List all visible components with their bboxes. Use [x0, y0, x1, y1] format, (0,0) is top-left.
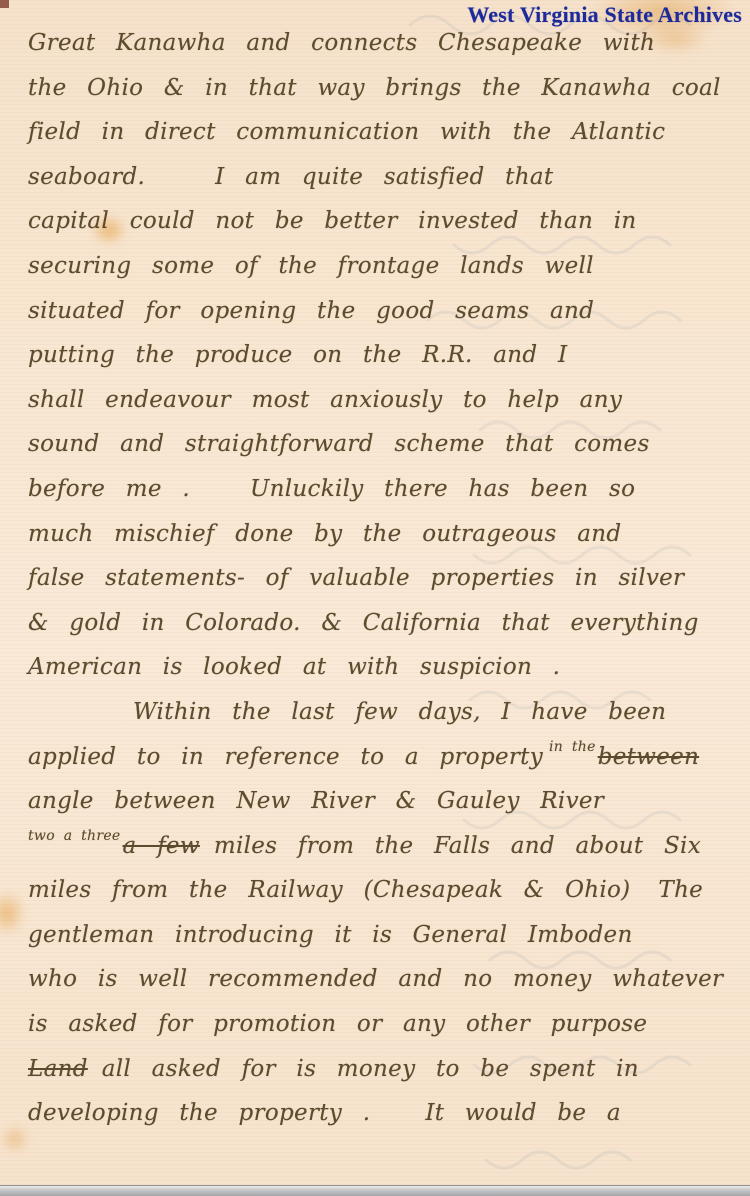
handwriting-line: is asked for promotion or any other purp… [28, 1011, 732, 1056]
scan-edge [0, 1185, 750, 1196]
handwriting-text: It would be a [425, 1100, 621, 1126]
struck-word: Land [28, 1056, 88, 1082]
handwriting-line: American is looked at with suspicion . [28, 654, 732, 699]
handwriting-line: securing some of the frontage lands well [28, 253, 732, 298]
handwriting-text: much mischief done by the outrageous and [28, 521, 621, 547]
handwriting-line: & gold in Colorado. & California that ev… [28, 610, 732, 655]
handwriting-text: is asked for promotion or any other purp… [28, 1011, 647, 1037]
handwriting-text: sound and straightforward scheme that co… [28, 431, 650, 457]
handwriting-line: field in direct communication with the A… [28, 119, 732, 164]
handwriting-line: developing the property .It would be a [28, 1100, 732, 1145]
handwriting-line: much mischief done by the outrageous and [28, 521, 732, 566]
handwriting-text: Great Kanawha and connects Chesapeake wi… [28, 30, 655, 56]
handwriting-text: I am quite satisfied that [215, 164, 553, 190]
struck-word: between [598, 744, 699, 770]
handwriting-line: Landall asked for is money to be spent i… [28, 1056, 732, 1101]
handwriting-line: situated for opening the good seams and [28, 298, 732, 343]
handwriting-text: Within the last few days, I have been [133, 699, 666, 725]
corner-speck [0, 0, 9, 8]
handwriting-line: gentleman introducing it is General Imbo… [28, 922, 732, 967]
handwriting-text: miles from the Falls and about Six [214, 833, 701, 859]
handwriting-text: American is looked at with suspicion . [28, 654, 560, 680]
inserted-word: in the [549, 739, 596, 755]
handwriting-line: false statements- of valuable properties… [28, 565, 732, 610]
handwriting-text: The [658, 877, 703, 903]
handwriting-text: angle between New River & Gauley River [28, 788, 604, 814]
handwriting-text: Unluckily there has been so [250, 476, 635, 502]
handwriting-line: miles from the Railway (Chesapeak & Ohio… [28, 877, 732, 922]
handwriting-line: two a threea fewmiles from the Falls and… [28, 833, 732, 878]
handwriting-line: before me .Unluckily there has been so [28, 476, 732, 521]
handwriting-text: shall endeavour most anxiously to help a… [28, 387, 622, 413]
handwriting-text: developing the property . [28, 1100, 370, 1126]
handwriting-text: applied to in reference to a property [28, 744, 543, 770]
handwriting-text: miles from the Railway (Chesapeak & Ohio… [28, 877, 630, 903]
handwriting-text: field in direct communication with the A… [28, 119, 665, 145]
handwriting-line: putting the produce on the R.R. and I [28, 342, 732, 387]
handwriting-text: the Ohio & in that way brings the Kanawh… [28, 75, 721, 101]
stain [0, 1124, 30, 1154]
struck-word: a few [123, 833, 200, 859]
handwriting-line: the Ohio & in that way brings the Kanawh… [28, 75, 732, 120]
archive-watermark: West Virginia State Archives [467, 2, 742, 28]
handwriting-text: who is well recommended and no money wha… [28, 966, 723, 992]
handwriting-line: applied to in reference to a propertyin … [28, 744, 732, 789]
handwriting-text: all asked for is money to be spent in [102, 1056, 639, 1082]
handwriting-line: Within the last few days, I have been [28, 699, 732, 744]
handwriting-line: shall endeavour most anxiously to help a… [28, 387, 732, 432]
handwriting-text: securing some of the frontage lands well [28, 253, 594, 279]
stain [0, 890, 26, 936]
handwriting-text: putting the produce on the R.R. and I [28, 342, 567, 368]
handwriting-line: seaboard.I am quite satisfied that [28, 164, 732, 209]
handwriting-text: false statements- of valuable properties… [28, 565, 684, 591]
handwriting-text: & gold in Colorado. & California that ev… [28, 610, 699, 636]
letter-body: Great Kanawha and connects Chesapeake wi… [28, 30, 732, 1145]
handwriting-line: sound and straightforward scheme that co… [28, 431, 732, 476]
handwriting-line: who is well recommended and no money wha… [28, 966, 732, 1011]
handwriting-text: seaboard. [28, 164, 145, 190]
handwriting-text: before me . [28, 476, 190, 502]
scanned-letter-page: West Virginia State Archives Great Kanaw… [0, 0, 750, 1196]
handwriting-text: capital could not be better invested tha… [28, 208, 637, 234]
handwriting-text: gentleman introducing it is General Imbo… [28, 922, 633, 948]
handwriting-line: Great Kanawha and connects Chesapeake wi… [28, 30, 732, 75]
handwriting-line: angle between New River & Gauley River [28, 788, 732, 833]
handwriting-text: situated for opening the good seams and [28, 298, 594, 324]
inserted-word: two a three [28, 828, 121, 844]
handwriting-line: capital could not be better invested tha… [28, 208, 732, 253]
